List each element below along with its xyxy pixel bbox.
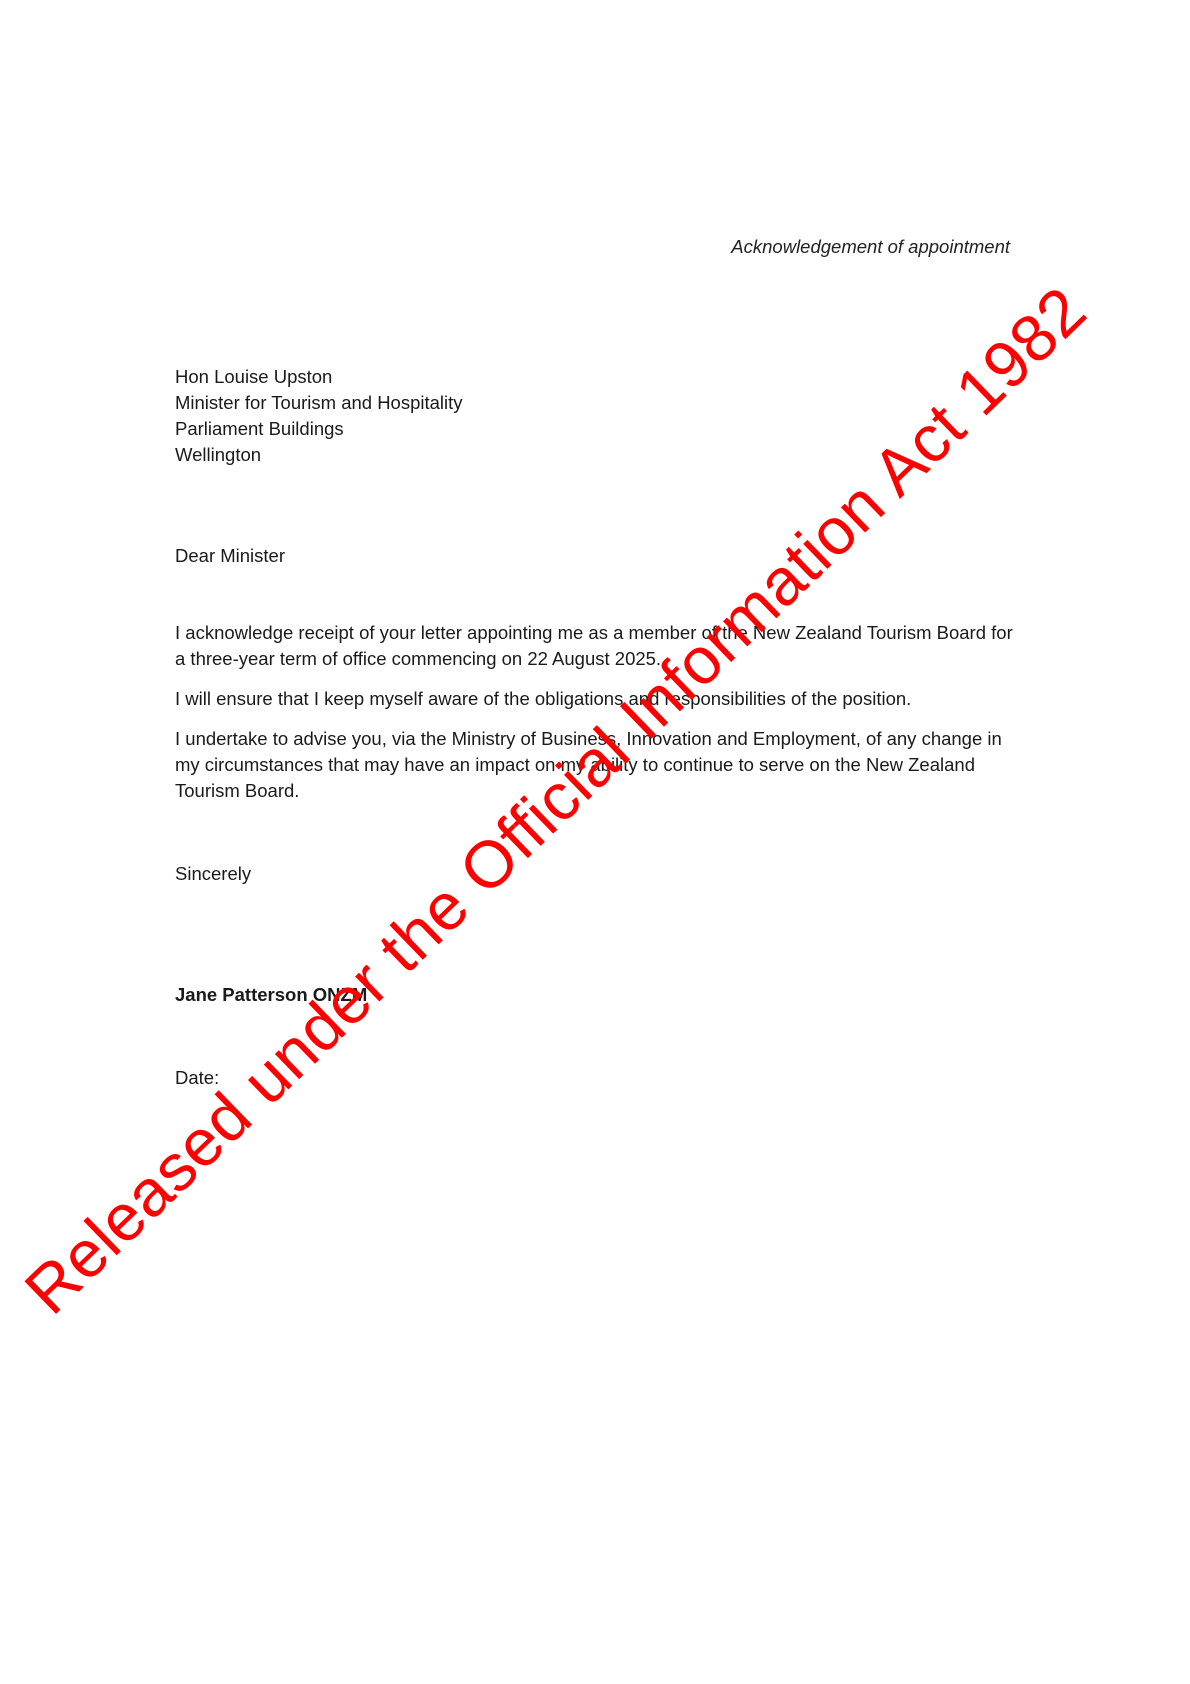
recipient-name: Hon Louise Upston: [175, 364, 463, 390]
body-paragraph: I acknowledge receipt of your letter app…: [175, 620, 1025, 672]
recipient-title: Minister for Tourism and Hospitality: [175, 390, 463, 416]
closing: Sincerely: [175, 863, 251, 885]
document-title: Acknowledgement of appointment: [731, 236, 1010, 258]
recipient-city: Wellington: [175, 442, 463, 468]
signatory-name: Jane Patterson ONZM: [175, 984, 367, 1006]
letter-page: Acknowledgement of appointment Hon Louis…: [0, 0, 1190, 1684]
body-paragraph: I undertake to advise you, via the Minis…: [175, 726, 1025, 804]
recipient-building: Parliament Buildings: [175, 416, 463, 442]
letter-body: I acknowledge receipt of your letter app…: [175, 620, 1025, 818]
date-label: Date:: [175, 1067, 219, 1089]
body-paragraph: I will ensure that I keep myself aware o…: [175, 686, 1025, 712]
salutation: Dear Minister: [175, 545, 285, 567]
recipient-address: Hon Louise Upston Minister for Tourism a…: [175, 364, 463, 468]
